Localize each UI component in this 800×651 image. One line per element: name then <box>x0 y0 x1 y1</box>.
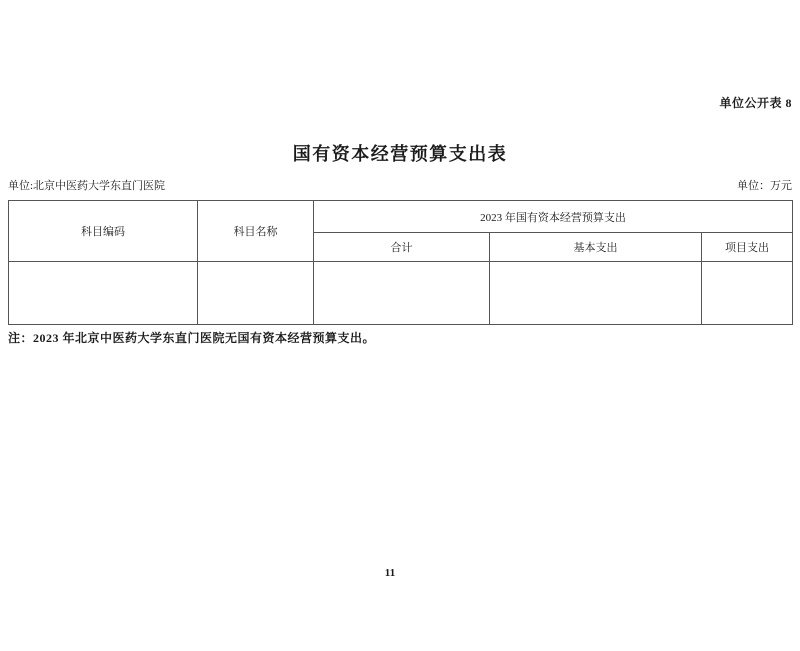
unit-name-label: 单位:北京中医药大学东直门医院 <box>8 177 165 193</box>
document-title: 国有资本经营预算支出表 <box>0 140 800 166</box>
header-total-cell: 合计 <box>314 233 490 262</box>
corner-table-label: 单位公开表 8 <box>719 94 792 111</box>
page-number: 11 <box>0 567 780 579</box>
table-row <box>9 262 793 325</box>
unit-currency-label: 单位：万元 <box>737 177 792 193</box>
table-header-row-1: 科目编码 科目名称 2023 年国有资本经营预算支出 <box>9 201 793 233</box>
header-2023-budget-group-cell: 2023 年国有资本经营预算支出 <box>314 201 793 233</box>
unit-info-row: 单位:北京中医药大学东直门医院 单位：万元 <box>8 177 792 193</box>
cell-project-expenditure <box>702 262 793 325</box>
cell-subject-code <box>9 262 198 325</box>
document-page: 单位公开表 8 国有资本经营预算支出表 单位:北京中医药大学东直门医院 单位：万… <box>0 0 800 651</box>
cell-basic-expenditure <box>490 262 702 325</box>
header-subject-code-cell: 科目编码 <box>9 201 198 262</box>
cell-total <box>314 262 490 325</box>
table-note: 注：2023 年北京中医药大学东直门医院无国有资本经营预算支出。 <box>8 329 375 346</box>
header-subject-name-cell: 科目名称 <box>198 201 314 262</box>
budget-expenditure-table: 科目编码 科目名称 2023 年国有资本经营预算支出 合计 基本支出 项目支出 <box>8 200 793 325</box>
header-project-expenditure-cell: 项目支出 <box>702 233 793 262</box>
cell-subject-name <box>198 262 314 325</box>
header-basic-expenditure-cell: 基本支出 <box>490 233 702 262</box>
